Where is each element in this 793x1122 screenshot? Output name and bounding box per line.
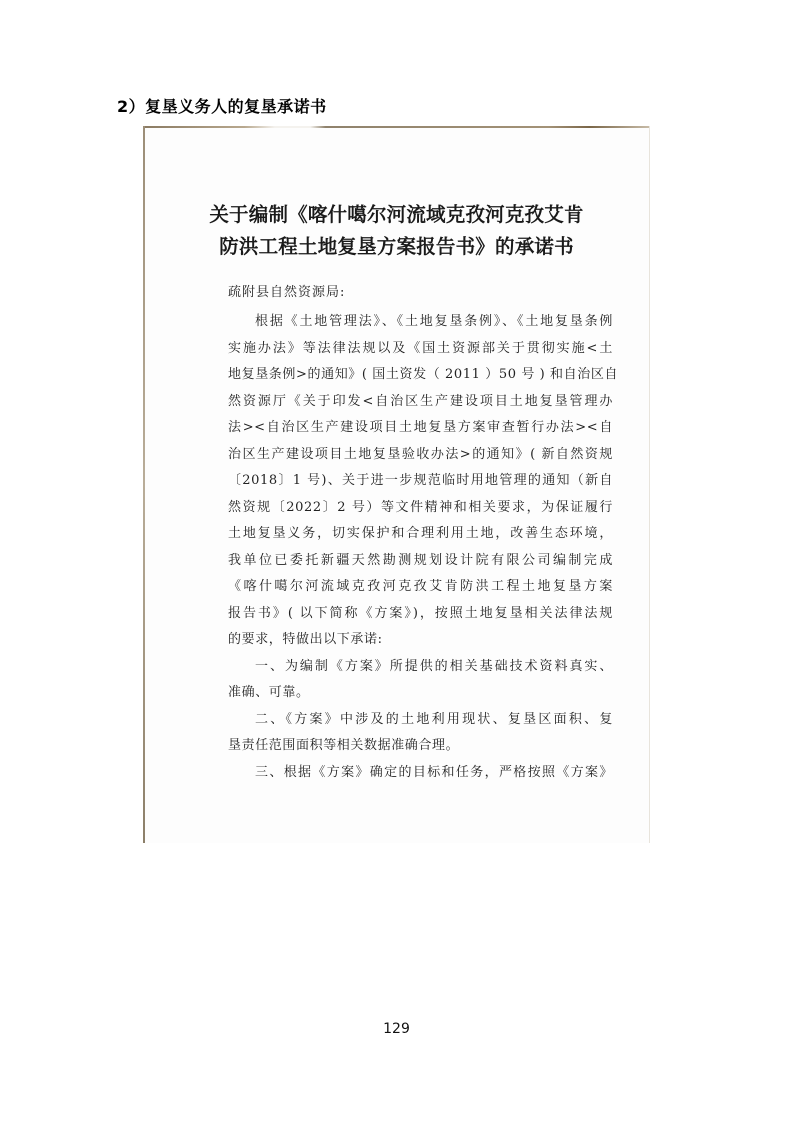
commitment-1-line: 一、为编制《方案》所提供的相关基础技术资料真实、 bbox=[228, 654, 613, 681]
letter-addressee: 疏附县自然资源局: bbox=[228, 281, 345, 300]
body-line: 然资规〔2022〕2 号）等文件精神和相关要求，为保证履行 bbox=[228, 495, 613, 522]
body-line: 〔2018〕1 号)、关于进一步规范临时用地管理的通知（新自 bbox=[228, 468, 613, 495]
body-line: 然资源厅《关于印发<自治区生产建设项目土地复垦管理办 bbox=[228, 389, 613, 416]
letter-body: 根据《土地管理法》、《土地复垦条例》、《土地复垦条例 实施办法》等法律法规以及《… bbox=[228, 309, 613, 786]
scanned-letter: 关于编制《喀什噶尔河流域克孜河克孜艾肯 防洪工程土地复垦方案报告书》的承诺书 疏… bbox=[143, 126, 650, 843]
body-line: 实施办法》等法律法规以及《国土资源部关于贯彻实施<土 bbox=[228, 336, 613, 363]
body-line: 报告书》( 以下简称《方案》)，按照土地复垦相关法律法规 bbox=[228, 601, 613, 628]
letter-title-line-1: 关于编制《喀什噶尔河流域克孜河克孜艾肯 bbox=[143, 199, 650, 231]
commitment-3-line: 三、根据《方案》确定的目标和任务，严格按照《方案》 bbox=[228, 760, 613, 787]
letter-title-line-2: 防洪工程土地复垦方案报告书》的承诺书 bbox=[143, 231, 650, 263]
body-line: 根据《土地管理法》、《土地复垦条例》、《土地复垦条例 bbox=[228, 309, 613, 336]
body-line: 法><自治区生产建设项目土地复垦方案审查暂行办法><自 bbox=[228, 415, 613, 442]
section-heading: 2）复垦义务人的复垦承诺书 bbox=[117, 94, 327, 117]
body-line: 《喀什噶尔河流域克孜河克孜艾肯防洪工程土地复垦方案 bbox=[228, 574, 613, 601]
commitment-2-line: 二、《方案》中涉及的土地利用现状、复垦区面积、复 bbox=[228, 707, 613, 734]
body-line: 地复垦条例>的通知》( 国土资发（ 2011 ）50 号 ) 和自治区自 bbox=[228, 362, 613, 389]
body-line: 土地复垦义务，切实保护和合理利用土地，改善生态环境， bbox=[228, 521, 613, 548]
commitment-2-line: 垦责任范围面积等相关数据准确合理。 bbox=[228, 733, 613, 760]
page-number: 129 bbox=[0, 1021, 793, 1037]
scan-edge-top bbox=[143, 126, 650, 128]
commitment-1-line: 准确、可靠。 bbox=[228, 680, 613, 707]
body-line: 我单位已委托新疆天然勘测规划设计院有限公司编制完成 bbox=[228, 548, 613, 575]
body-line: 治区生产建设项目土地复垦验收办法>的通知》( 新自然资规 bbox=[228, 442, 613, 469]
body-line: 的要求，特做出以下承诺: bbox=[228, 627, 613, 654]
